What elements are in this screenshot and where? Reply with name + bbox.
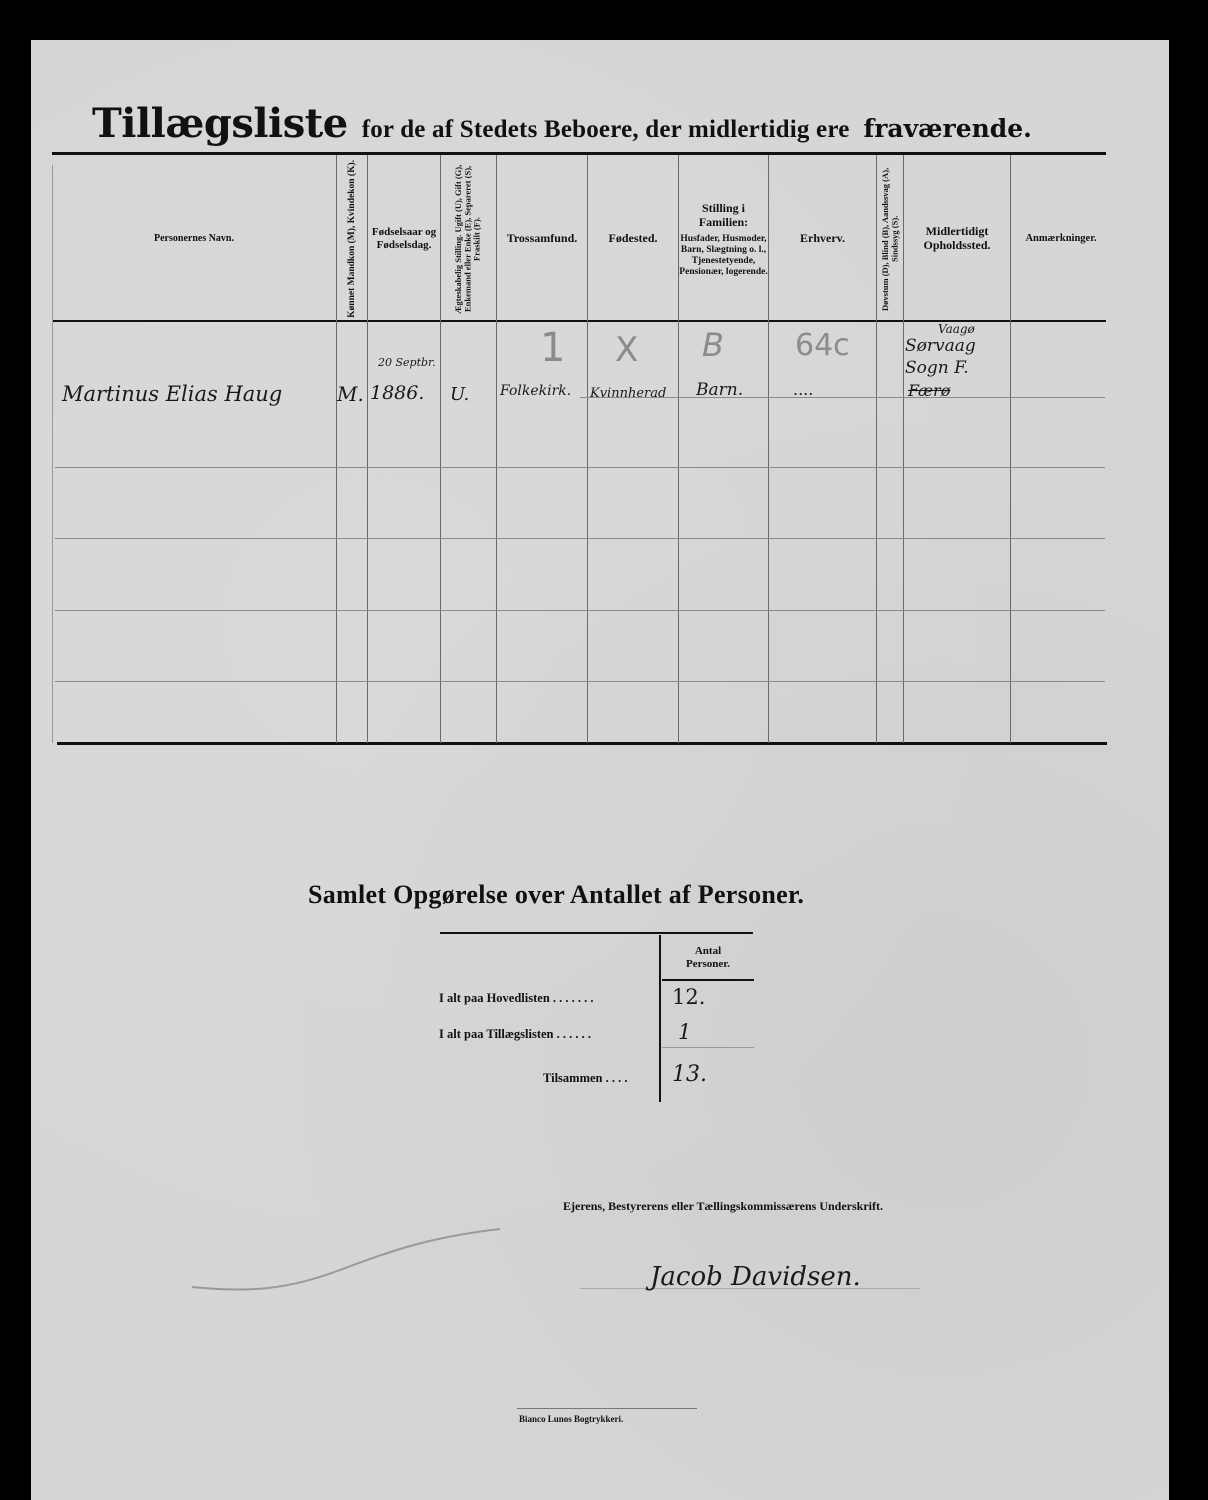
summary-label: I alt paa Hovedlisten . . . . . . . [439, 991, 594, 1006]
header-name: Personernes Navn. [52, 160, 336, 318]
header-temp-residence: Midlertidigt Opholdssted. [904, 160, 1010, 318]
summary-label: I alt paa Tillægslisten . . . . . . [439, 1027, 591, 1042]
header-family-position-sublabel: Husfader, Husmoder, Barn, Slægtning o. l… [679, 234, 768, 278]
cell-temp-residence-4-struck: Færø [908, 381, 950, 400]
title-subtitle: for de af Stedets Beboere, der midlertid… [362, 116, 850, 144]
pencil-mark-religion: 1 [540, 325, 565, 371]
header-gender: Kønnet Mandkon (M), Kvindekon (K). [337, 160, 367, 318]
header-marital: Ægteskabelig Stilling. Ugift (U), Gift (… [441, 160, 496, 318]
summary-total-rule [662, 1047, 754, 1048]
header-birth-label: Fødselsaar og Fødselsdag. [368, 226, 440, 251]
summary-header-line2: Personer. [686, 958, 730, 971]
cell-name: Martinus Elias Haug [62, 382, 282, 406]
summary-header-rule [662, 979, 754, 981]
header-birthplace-label: Fødested. [609, 232, 658, 246]
cell-marital: U. [450, 384, 469, 405]
summary-title: Samlet Opgørelse over Antallet af Person… [308, 880, 804, 910]
summary-value: 13. [672, 1062, 707, 1087]
summary-divider [659, 935, 661, 1102]
pencil-mark-occupation: 64c [795, 328, 850, 363]
table-row [52, 681, 1106, 742]
table-row [52, 467, 1106, 538]
header-temp-residence-label: Midlertidigt Opholdssted. [904, 225, 1010, 253]
header-remarks: Anmærkninger. [1011, 160, 1111, 318]
header-religion-label: Trossamfund. [507, 232, 578, 246]
cell-religion: Folkekirk. [500, 383, 571, 399]
printer-rule [517, 1408, 697, 1409]
cell-temp-residence-2: Sørvaag [905, 336, 976, 356]
signature-caption: Ejerens, Bestyrerens eller Tællingskommi… [563, 1199, 883, 1214]
summary-label: Tilsammen . . . . [543, 1071, 628, 1086]
title-main: Tillægsliste [92, 100, 348, 147]
printer-imprint: Bianco Lunos Bogtrykkeri. [519, 1414, 623, 1424]
cell-birth-date: 20 Septbr. [378, 356, 436, 369]
table-top-rule [52, 152, 1106, 155]
header-birth: Fødselsaar og Fødselsdag. [368, 160, 440, 318]
header-occupation: Erhverv. [769, 160, 876, 318]
cell-birth-year: 1886. [370, 382, 424, 404]
header-name-label: Personernes Navn. [154, 233, 234, 245]
summary-value: 1 [678, 1020, 691, 1044]
header-disability-label: Døvstum (D), Blind (B), Aandssvag (A), S… [881, 158, 900, 320]
table-row [52, 538, 1106, 610]
cell-gender: M. [337, 382, 364, 406]
summary-count-header: Antal Personer. [662, 940, 754, 976]
header-remarks-label: Anmærkninger. [1025, 233, 1096, 245]
pencil-mark-family: B [702, 326, 724, 364]
pencil-stroke [190, 1225, 510, 1295]
pencil-mark-birthplace: X [615, 330, 638, 370]
summary-top-rule [440, 932, 753, 934]
form-title: Tillægsliste for de af Stedets Beboere, … [92, 100, 1102, 147]
header-gender-label: Kønnet Mandkon (M), Kvindekon (K). [347, 160, 357, 318]
table-row [52, 610, 1106, 681]
cell-temp-residence-3: Sogn F. [905, 358, 969, 378]
cell-temp-residence-1: Vaagø [938, 322, 975, 336]
header-family-position-label: Stilling i Familien: [679, 202, 768, 230]
summary-header-line1: Antal [695, 945, 721, 958]
signature: Jacob Davidsen. [650, 1262, 861, 1292]
table-bottom-rule [57, 742, 1107, 745]
header-religion: Trossamfund. [497, 160, 587, 318]
header-family-position: Stilling i Familien: Husfader, Husmoder,… [679, 175, 768, 305]
cell-birthplace: Kvinnherad [590, 386, 666, 401]
title-emphasis: fraværende. [864, 114, 1032, 143]
cell-family-position: Barn. [696, 380, 743, 400]
header-occupation-label: Erhverv. [800, 232, 845, 246]
cell-occupation: .... [793, 380, 813, 399]
summary-value: 12. [672, 985, 705, 1009]
header-marital-label: Ægteskabelig Stilling. Ugift (U), Gift (… [454, 160, 482, 318]
header-disability: Døvstum (D), Blind (B), Aandssvag (A), S… [877, 158, 903, 320]
header-birthplace: Fødested. [588, 160, 678, 318]
